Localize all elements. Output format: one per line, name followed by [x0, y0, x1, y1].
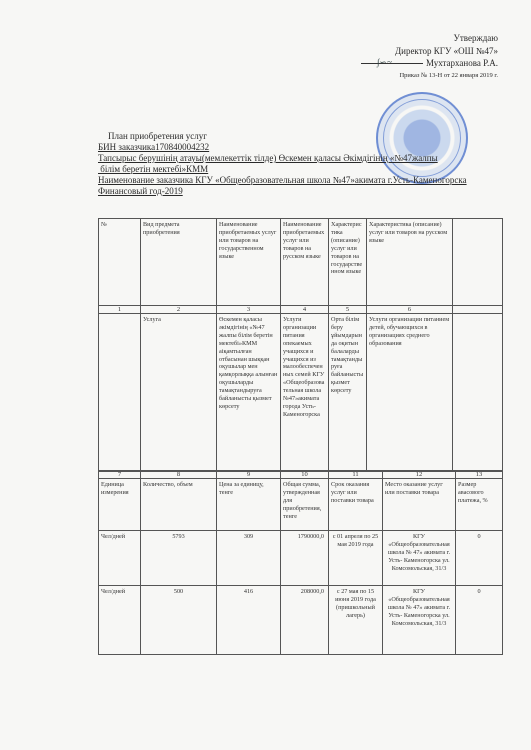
document-header: План приобретения услуг БИН заказчика170… — [98, 131, 518, 197]
cell-unit-price: 416 — [217, 586, 281, 655]
cell-name-ru: Услуги организации питания опекаемых уча… — [281, 314, 329, 472]
approval-position: Директор КГУ «ОШ №47» — [298, 45, 498, 58]
cell-total-amount: 208000,0 — [281, 586, 329, 655]
column-number: 12 — [383, 471, 456, 479]
cell-unit: Чел/дней — [99, 531, 141, 586]
signature-icon: ∫∽~ — [377, 56, 392, 69]
header-cell: Цена за единицу, тенге — [217, 479, 281, 531]
header-cell: Единица измерения — [99, 479, 141, 531]
cell-empty — [453, 314, 503, 472]
table-row: Чел/дней 500 416 208000,0 с 27 мая по 15… — [99, 586, 503, 655]
plan-title: План приобретения услуг — [98, 131, 518, 142]
header-cell: Наименование приобретаемых услуг или тов… — [281, 219, 329, 306]
customer-name-kz-line1: Тапсырыс берушінің атауы(мемлекеттік тіл… — [98, 153, 518, 164]
table-row: Чел/дней 5793 309 1790000,0 с 01 апреля … — [99, 531, 503, 586]
approval-signer: Мухтарханова Р.А. — [426, 58, 498, 68]
cell-description-ru: Услуги организации питанием детей, обуча… — [367, 314, 453, 472]
approval-order: Приказ № 13-Н от 22 января 2019 г. — [298, 70, 498, 83]
table-header-row: № Вид предмета приобретения Наименование… — [99, 219, 503, 306]
cell-unit-price: 309 — [217, 531, 281, 586]
column-number: 5 — [329, 306, 367, 314]
column-number: 4 — [281, 306, 329, 314]
column-number: 13 — [456, 471, 503, 479]
cell-delivery-place: КГУ «Общеобразовательная школа № 47» аки… — [383, 586, 456, 655]
approval-title: Утверждаю — [298, 32, 498, 45]
cell-quantity: 5793 — [141, 531, 217, 586]
fiscal-year: Финансовый год-2019 — [98, 186, 518, 197]
plan-table-bottom: 7 8 9 10 11 12 13 Единица измерения Коли… — [98, 470, 503, 655]
header-cell: Срок оказания услуг или поставки товара — [329, 479, 383, 531]
cell-unit: Чел/дней — [99, 586, 141, 655]
cell-delivery-period: с 01 апреля по 25 мая 2019 года — [329, 531, 383, 586]
cell-number — [99, 314, 141, 472]
column-number-row: 7 8 9 10 11 12 13 — [99, 471, 503, 479]
column-number: 1 — [99, 306, 141, 314]
header-cell: № — [99, 219, 141, 306]
column-number: 7 — [99, 471, 141, 479]
cell-quantity: 500 — [141, 586, 217, 655]
cell-advance-payment: 0 — [456, 531, 503, 586]
header-cell: Вид предмета приобретения — [141, 219, 217, 306]
cell-total-amount: 1790000,0 — [281, 531, 329, 586]
column-number: 3 — [217, 306, 281, 314]
cell-delivery-place: КГУ «Общеобразовательная школа № 47» аки… — [383, 531, 456, 586]
customer-name-kz-line2: білім беретін мектебі»КММ — [98, 164, 518, 175]
header-cell — [453, 219, 503, 306]
header-cell: Общая сумма, утвержденная для приобретен… — [281, 479, 329, 531]
cell-name-kz: Өскемен қаласы әкімдігінің «№47 жалпы бі… — [217, 314, 281, 472]
approval-block: Утверждаю Директор КГУ «ОШ №47» ∫∽~Мухта… — [298, 32, 498, 82]
header-cell: Характеристика (описание) услуг или това… — [329, 219, 367, 306]
customer-name-ru: Наименование заказчика КГУ «Общеобразова… — [98, 175, 518, 186]
approval-signer-line: ∫∽~Мухтарханова Р.А. — [298, 57, 498, 70]
signature-line: ∫∽~ — [361, 63, 423, 64]
header-cell: Размер авасового платежа, % — [456, 479, 503, 531]
header-cell: Количество, объем — [141, 479, 217, 531]
cell-description-kz: Орта білім беру ұйымдарында оқитын балал… — [329, 314, 367, 472]
column-number: 8 — [141, 471, 217, 479]
column-number: 11 — [329, 471, 383, 479]
cell-delivery-period: с 27 мая по 15 июня 2019 года (пришкольн… — [329, 586, 383, 655]
table-row: Услуга Өскемен қаласы әкімдігінің «№47 ж… — [99, 314, 503, 472]
column-number-row: 1 2 3 4 5 6 — [99, 306, 503, 314]
header-cell: Характеристика (описание) услуг или това… — [367, 219, 453, 306]
column-number: 6 — [367, 306, 453, 314]
column-number: 9 — [217, 471, 281, 479]
cell-advance-payment: 0 — [456, 586, 503, 655]
column-number: 10 — [281, 471, 329, 479]
table-header-row: Единица измерения Количество, объем Цена… — [99, 479, 503, 531]
column-number: 2 — [141, 306, 217, 314]
header-cell: Наименование приобретаемых услуг или тов… — [217, 219, 281, 306]
cell-subject-type: Услуга — [141, 314, 217, 472]
plan-table-top: № Вид предмета приобретения Наименование… — [98, 218, 503, 472]
header-cell: Место оказание услуг или поставки товара — [383, 479, 456, 531]
column-number — [453, 306, 503, 314]
customer-bin: БИН заказчика170840004232 — [98, 142, 518, 153]
